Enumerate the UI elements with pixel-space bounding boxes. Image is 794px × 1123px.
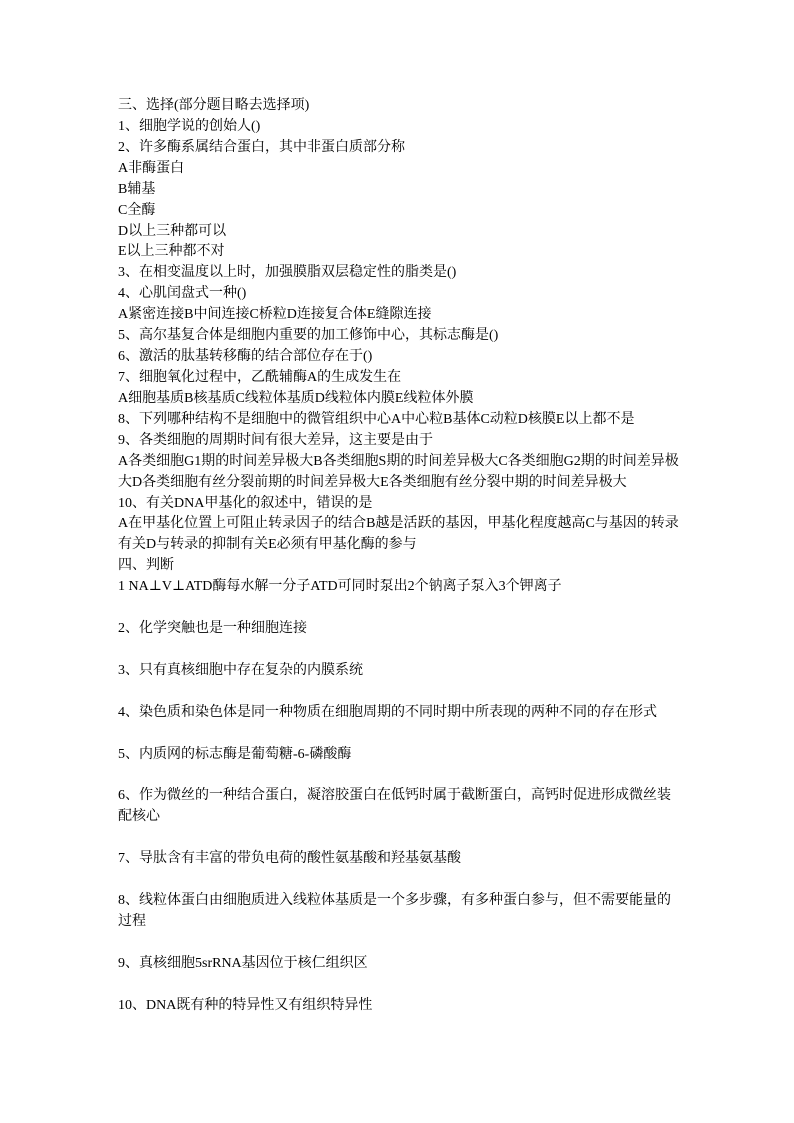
blank-line xyxy=(118,766,684,787)
text-line: 10、DNA既有种的特异性又有组织特异性 xyxy=(118,996,684,1017)
text-line: A各类细胞G1期的时间差异极大B各类细胞S期的时间差异极大C各类细胞G2期的时间… xyxy=(118,452,684,473)
text-line: 3、在相变温度以上时，加强膜脂双层稳定性的脂类是() xyxy=(118,263,684,284)
text-line: 9、各类细胞的周期时间有很大差异，这主要是由于 xyxy=(118,431,684,452)
text-line: 5、高尔基复合体是细胞内重要的加工修饰中心，其标志酶是() xyxy=(118,326,684,347)
text-line: 有关D与转录的抑制有关E必须有甲基化酶的参与 xyxy=(118,535,684,556)
blank-line xyxy=(118,598,684,619)
text-line: A非酶蛋白 xyxy=(118,159,684,180)
blank-line xyxy=(118,724,684,745)
document-page: 三、选择(部分题目略去选择项) 1、细胞学说的创始人() 2、许多酶系属结合蛋白… xyxy=(0,0,794,1123)
text-line: 5、内质网的标志酶是葡萄糖-6-磷酸酶 xyxy=(118,745,684,766)
text-line: 3、只有真核细胞中存在复杂的内膜系统 xyxy=(118,661,684,682)
document-content: 三、选择(部分题目略去选择项) 1、细胞学说的创始人() 2、许多酶系属结合蛋白… xyxy=(118,96,684,1017)
blank-line xyxy=(118,870,684,891)
text-line: 8、下列哪种结构不是细胞中的微管组织中心A中心粒B基体C动粒D核膜E以上都不是 xyxy=(118,410,684,431)
text-line: A细胞基质B核基质C线粒体基质D线粒体内膜E线粒体外膜 xyxy=(118,389,684,410)
blank-line xyxy=(118,640,684,661)
text-line: 过程 xyxy=(118,912,684,933)
text-line: 4、染色质和染色体是同一种物质在细胞周期的不同时期中所表现的两种不同的存在形式 xyxy=(118,703,684,724)
text-line: 7、导肽含有丰富的带负电荷的酸性氨基酸和羟基氨基酸 xyxy=(118,849,684,870)
text-line: E以上三种都不对 xyxy=(118,242,684,263)
text-line: 1、细胞学说的创始人() xyxy=(118,117,684,138)
text-line: C全酶 xyxy=(118,201,684,222)
text-line: 大D各类细胞有丝分裂前期的时间差异极大E各类细胞有丝分裂中期的时间差异极大 xyxy=(118,473,684,494)
text-line: B辅基 xyxy=(118,180,684,201)
text-line: 配核心 xyxy=(118,807,684,828)
text-line: 1 NA⊥V⊥ATD酶每水解一分子ATD可同时泵出2个钠离子泵入3个钾离子 xyxy=(118,577,684,598)
text-line: A在甲基化位置上可阻止转录因子的结合B越是活跃的基因，甲基化程度越高C与基因的转… xyxy=(118,514,684,535)
blank-line xyxy=(118,828,684,849)
blank-line xyxy=(118,975,684,996)
text-line: 6、激活的肽基转移酶的结合部位存在于() xyxy=(118,347,684,368)
text-line: 2、许多酶系属结合蛋白，其中非蛋白质部分称 xyxy=(118,138,684,159)
section-choice-heading: 三、选择(部分题目略去选择项) xyxy=(118,96,684,117)
text-line: 6、作为微丝的一种结合蛋白，凝溶胶蛋白在低钙时属于截断蛋白，高钙时促进形成微丝装 xyxy=(118,786,684,807)
text-line: 10、有关DNA甲基化的叙述中，错误的是 xyxy=(118,494,684,515)
text-line: A紧密连接B中间连接C桥粒D连接复合体E缝隙连接 xyxy=(118,305,684,326)
text-line: 4、心肌闰盘式一种() xyxy=(118,284,684,305)
section-judge-heading: 四、判断 xyxy=(118,556,684,577)
text-line: 9、真核细胞5srRNA基因位于核仁组织区 xyxy=(118,954,684,975)
text-line: D以上三种都可以 xyxy=(118,222,684,243)
blank-line xyxy=(118,933,684,954)
text-line: 2、化学突触也是一种细胞连接 xyxy=(118,619,684,640)
text-line: 7、细胞氧化过程中，乙酰辅酶A的生成发生在 xyxy=(118,368,684,389)
text-line: 8、线粒体蛋白由细胞质进入线粒体基质是一个多步骤，有多种蛋白参与，但不需要能量的 xyxy=(118,891,684,912)
blank-line xyxy=(118,682,684,703)
